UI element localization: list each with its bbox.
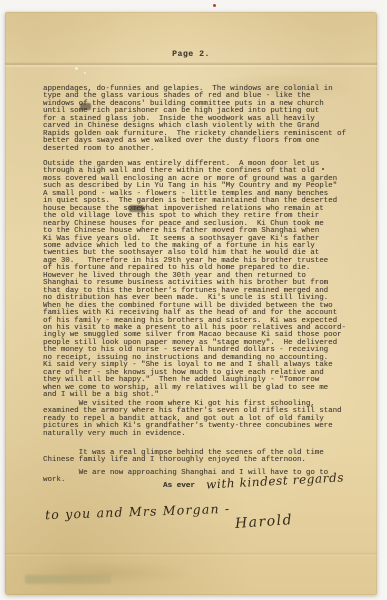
ink-smudge-overtype — [129, 205, 144, 212]
page-number-heading: Page 2. — [5, 50, 377, 59]
paper-speck — [75, 67, 78, 70]
fold-crease — [5, 62, 377, 67]
paper-speck — [84, 72, 86, 74]
faint-stamp — [25, 575, 111, 584]
red-speck — [213, 4, 216, 7]
ink-smudge-overtype — [80, 103, 91, 110]
paragraph-house-interior: appendages, do-funnies and gelapies. The… — [43, 86, 355, 153]
handwritten-addressee-line: to you and Mrs Morgan - — [45, 501, 231, 522]
typed-signoff: As ever — [163, 482, 195, 490]
paragraph-garden-and-fortune: Outside the garden was entirely differen… — [43, 161, 355, 400]
paragraph-schoolroom-armory: We visited the room where Ki got his fir… — [43, 401, 355, 438]
paragraph-glimpse: It was a real glimpse behind the scenes … — [43, 450, 355, 465]
letter-page: Page 2. appendages, do-funnies and gelap… — [5, 12, 377, 595]
fold-crease-bottom — [5, 552, 377, 556]
signature: Harold — [235, 512, 294, 532]
scan-background: Page 2. appendages, do-funnies and gelap… — [0, 0, 387, 600]
